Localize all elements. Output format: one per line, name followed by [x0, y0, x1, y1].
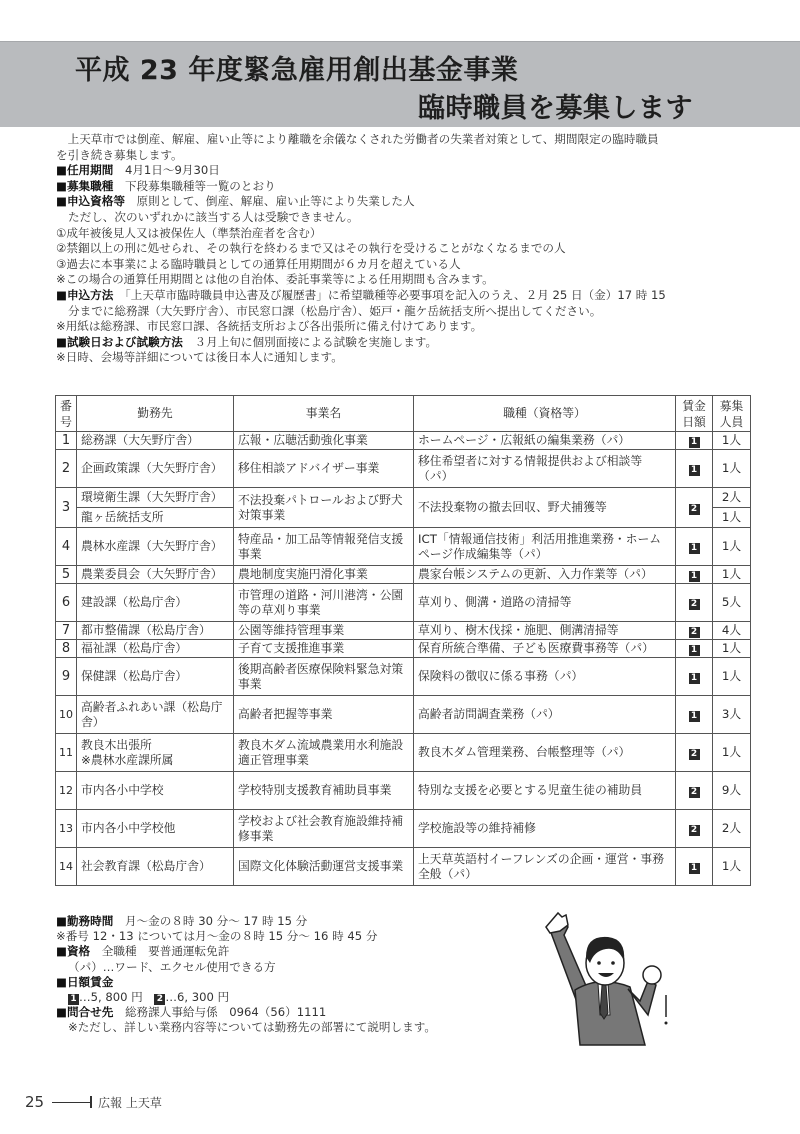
row-count: 1人	[713, 566, 751, 584]
wage-tier2-value: …6, 300 円	[165, 990, 229, 1004]
row-project: 農地制度実施円滑化事業	[234, 566, 414, 584]
row-project: 移住相談アドバイザー事業	[234, 450, 414, 488]
row-wage: 2	[676, 488, 713, 528]
row-count: 1人	[713, 640, 751, 658]
eligibility-note: ただし、次のいずれかに該当する人は受験できません。	[56, 210, 756, 226]
row-wage: 2	[676, 734, 713, 772]
page-title-line2: 臨時職員を募集します	[418, 86, 693, 125]
qualification-value: 全職種 要普通運転免許	[102, 944, 230, 958]
header-project: 事業名	[234, 396, 414, 432]
wage-tier-badge: 2	[689, 627, 700, 638]
contact-value: 総務課人事給与係 0964（56）1111	[125, 1005, 326, 1019]
qualification-note: （パ）…ワード、エクセル使用できる方	[56, 960, 516, 975]
job-types-row: ■募集職種 下段募集職種等一覧のとおり	[56, 179, 756, 195]
row-wage: 1	[676, 848, 713, 886]
page-number: 25	[25, 1093, 44, 1111]
row-wage: 2	[676, 772, 713, 810]
exam-note: ※日時、会場等詳細については後日本人に通知します。	[56, 350, 756, 366]
row-project: 子育て支援推進事業	[234, 640, 414, 658]
header-job: 職種（資格等）	[414, 396, 676, 432]
wage-tiers: 1…5, 800 円 2…6, 300 円	[56, 990, 516, 1005]
row-workplace: 企画政策課（大矢野庁舎）	[77, 450, 234, 488]
row-wage: 1	[676, 528, 713, 566]
wage-tier-badge: 2	[689, 599, 700, 610]
row-job: 高齢者訪問調査業務（パ）	[414, 696, 676, 734]
table-row: 14 社会教育課（松島庁舎） 国際文化体験活動運営支援事業 上天草英語村イーフレ…	[56, 848, 751, 886]
term-value: 4月1日～9月30日	[125, 163, 220, 177]
wage-tier-badge: 1	[689, 673, 700, 684]
contact-label: ■問合せ先	[56, 1005, 113, 1019]
row-num: 4	[56, 528, 77, 566]
row-num: 3	[56, 488, 77, 528]
row-project: 国際文化体験活動運営支援事業	[234, 848, 414, 886]
row-num: 10	[56, 696, 77, 734]
wage-tier-badge: 1	[689, 645, 700, 656]
row-wage: 2	[676, 810, 713, 848]
table-row: 7 都市整備課（松島庁舎） 公園等維持管理事業 草刈り、樹木伐採・施肥、側溝清掃…	[56, 622, 751, 640]
row-wage: 2	[676, 584, 713, 622]
table-row: 1 総務課（大矢野庁舎） 広報・広聴活動強化事業 ホームページ・広報紙の編集業務…	[56, 432, 751, 450]
row-count: 1人	[713, 450, 751, 488]
exam-value: ３月上旬に個別面接による試験を実施します。	[195, 335, 438, 349]
title-banner: 平成 23 年度緊急雇用創出基金事業 臨時職員を募集します	[0, 41, 800, 127]
exam-row: ■試験日および試験方法 ３月上旬に個別面接による試験を実施します。	[56, 335, 756, 351]
row-num: 1	[56, 432, 77, 450]
wage-tier-badge: 1	[689, 863, 700, 874]
row-workplace: 都市整備課（松島庁舎）	[77, 622, 234, 640]
table-row: 9 保健課（松島庁舎） 後期高齢者医療保険料緊急対策事業 保険料の徴収に係る事務…	[56, 658, 751, 696]
wage-tier-badge: 1	[689, 571, 700, 582]
hours-value: 月～金の８時 30 分～ 17 時 15 分	[125, 914, 307, 928]
row-num: 11	[56, 734, 77, 772]
row-project: 学校特別支援教育補助員事業	[234, 772, 414, 810]
intro-line1: 上天草市では倒産、解雇、雇い止等により離職を余儀なくされた労働者の失業者対策とし…	[56, 132, 756, 148]
row-count: 1人	[713, 848, 751, 886]
row-job: 教良木ダム管理業務、台帳整理等（パ）	[414, 734, 676, 772]
table-row: 6 建設課（松島庁舎） 市管理の道路・河川港湾・公園等の草刈り事業 草刈り、側溝…	[56, 584, 751, 622]
row-job: 特別な支援を必要とする児童生徒の補助員	[414, 772, 676, 810]
row-wage: 1	[676, 696, 713, 734]
row-wage: 1	[676, 640, 713, 658]
footer-tick	[90, 1096, 92, 1108]
row-num: 7	[56, 622, 77, 640]
row-num: 9	[56, 658, 77, 696]
table-row: 3 環境衛生課（大矢野庁舎） 不法投棄パトロールおよび野犬対策事業 不法投棄物の…	[56, 488, 751, 508]
intro-line2: を引き続き募集します。	[56, 148, 756, 164]
row-workplace: 高齢者ふれあい課（松島庁舎）	[77, 696, 234, 734]
row-count: 2人	[713, 810, 751, 848]
contact-note: ※ただし、詳しい業務内容等については勤務先の部署にて説明します。	[56, 1020, 516, 1035]
row-job: 学校施設等の維持補修	[414, 810, 676, 848]
row-job: 不法投棄物の撤去回収、野犬捕獲等	[414, 488, 676, 528]
table-row: 4 農林水産課（大矢野庁舎） 特産品・加工品等情報発信支援事業 ICT「情報通信…	[56, 528, 751, 566]
row-workplace: 社会教育課（松島庁舎）	[77, 848, 234, 886]
row-job: 移住希望者に対する情報提供および相談等（パ）	[414, 450, 676, 488]
row-project: 学校および社会教育施設維持補修事業	[234, 810, 414, 848]
eligibility-item-2: ②禁錮以上の刑に処せられ、その執行を終わるまで又はその執行を受けることがなくなる…	[56, 241, 756, 257]
eligibility-label: ■申込資格等	[56, 194, 125, 208]
row-job: 草刈り、樹木伐採・施肥、側溝清掃等	[414, 622, 676, 640]
row-workplace: 農業委員会（大矢野庁舎）	[77, 566, 234, 584]
row-job: 上天草英語村イーフレンズの企画・運営・事務全般（パ）	[414, 848, 676, 886]
wage-tier-badge: 1	[689, 711, 700, 722]
row-project: 高齢者把握等事業	[234, 696, 414, 734]
row-count: 1人	[713, 432, 751, 450]
row-count: 2人	[713, 488, 751, 508]
footer-rule	[52, 1102, 90, 1103]
hours-row: ■勤務時間 月～金の８時 30 分～ 17 時 15 分	[56, 914, 516, 929]
row-workplace: 建設課（松島庁舎）	[77, 584, 234, 622]
row-num: 5	[56, 566, 77, 584]
term-label: ■任用期間	[56, 163, 113, 177]
row-wage: 1	[676, 566, 713, 584]
row-workplace: 福祉課（松島庁舎）	[77, 640, 234, 658]
application-label: ■申込方法	[56, 288, 113, 302]
header-num: 番号	[56, 396, 77, 432]
row-workplace: 環境衛生課（大矢野庁舎）	[77, 488, 234, 508]
row-workplace: 教良木出張所 ※農林水産課所属	[77, 734, 234, 772]
row-project: 特産品・加工品等情報発信支援事業	[234, 528, 414, 566]
exam-label: ■試験日および試験方法	[56, 335, 183, 349]
table-row: 5 農業委員会（大矢野庁舎） 農地制度実施円滑化事業 農家台帳システムの更新、入…	[56, 566, 751, 584]
row-num: 13	[56, 810, 77, 848]
row-project: 不法投棄パトロールおよび野犬対策事業	[234, 488, 414, 528]
wage-label: ■日額賃金	[56, 975, 113, 989]
row-count: 4人	[713, 622, 751, 640]
eligibility-value: 原則として、倒産、解雇、雇い止等により失業した人	[137, 194, 415, 208]
row-project: 公園等維持管理事業	[234, 622, 414, 640]
qualification-row: ■資格 全職種 要普通運転免許	[56, 944, 516, 959]
eligibility-item-4: ※この場合の通算任用期間とは他の自治体、委託事業等による任用期間も含みます。	[56, 272, 756, 288]
announcement-body: 上天草市では倒産、解雇、雇い止等により離職を余儀なくされた労働者の失業者対策とし…	[56, 132, 756, 366]
table-header-row: 番号 勤務先 事業名 職種（資格等） 賃金日額 募集人員	[56, 396, 751, 432]
table-row: 13 市内各小中学校他 学校および社会教育施設維持補修事業 学校施設等の維持補修…	[56, 810, 751, 848]
wage-tier-badge: 2	[689, 504, 700, 515]
wage-tier-badge: 2	[689, 787, 700, 798]
row-workplace: 保健課（松島庁舎）	[77, 658, 234, 696]
row-workplace: 市内各小中学校他	[77, 810, 234, 848]
row-job: ICT「情報通信技術」利活用推進業務・ホームページ作成編集等（パ）	[414, 528, 676, 566]
row-project: 教良木ダム流域農業用水利施設適正管理事業	[234, 734, 414, 772]
row-wage: 1	[676, 658, 713, 696]
row-count: 3人	[713, 696, 751, 734]
page-footer: 25 広報 上天草	[25, 1093, 162, 1111]
wage-tier-badge: 2	[689, 749, 700, 760]
row-wage: 2	[676, 622, 713, 640]
row-count: 5人	[713, 584, 751, 622]
contact-row: ■問合せ先 総務課人事給与係 0964（56）1111	[56, 1005, 516, 1020]
wage-tier-badge: 1	[689, 543, 700, 554]
row-num: 14	[56, 848, 77, 886]
wage-tier-badge: 2	[689, 825, 700, 836]
row-num: 8	[56, 640, 77, 658]
wage-tier2-badge: 2	[154, 994, 165, 1005]
row-num: 6	[56, 584, 77, 622]
header-wage: 賃金日額	[676, 396, 713, 432]
businessman-illustration-icon	[520, 905, 670, 1055]
row-count: 1人	[713, 734, 751, 772]
wage-tier1-badge: 1	[68, 994, 79, 1005]
row-workplace: 総務課（大矢野庁舎）	[77, 432, 234, 450]
row-num: 12	[56, 772, 77, 810]
table-row: 10 高齢者ふれあい課（松島庁舎） 高齢者把握等事業 高齢者訪問調査業務（パ） …	[56, 696, 751, 734]
row-job: ホームページ・広報紙の編集業務（パ）	[414, 432, 676, 450]
employment-details: ■勤務時間 月～金の８時 30 分～ 17 時 15 分 ※番号 12・13 に…	[56, 914, 516, 1036]
header-workplace: 勤務先	[77, 396, 234, 432]
table-row: 12 市内各小中学校 学校特別支援教育補助員事業 特別な支援を必要とする児童生徒…	[56, 772, 751, 810]
row-workplace-note: ※農林水産課所属	[81, 753, 229, 768]
row-num: 2	[56, 450, 77, 488]
qualification-label: ■資格	[56, 944, 90, 958]
application-value-1: 「上天草市臨時職員申込書及び履歴書」に希望職種等必要事項を記入のうえ、２月 25…	[125, 288, 666, 302]
application-value-2: 分までに総務課（大矢野庁舎）、市民窓口課（松島庁舎）、姫戸・龍ケ岳統括支所へ提出…	[56, 304, 756, 320]
term-row: ■任用期間 4月1日～9月30日	[56, 163, 756, 179]
publication-name: 広報 上天草	[98, 1094, 162, 1111]
header-count: 募集人員	[713, 396, 751, 432]
row-project: 市管理の道路・河川港湾・公園等の草刈り事業	[234, 584, 414, 622]
row-wage: 1	[676, 432, 713, 450]
job-types-label: ■募集職種	[56, 179, 113, 193]
eligibility-item-1: ①成年被後見人又は被保佐人（準禁治産者を含む）	[56, 226, 756, 242]
hours-label: ■勤務時間	[56, 914, 113, 928]
wage-tier1-value: …5, 800 円	[79, 990, 143, 1004]
row-count: 1人	[713, 658, 751, 696]
row-workplace: 農林水産課（大矢野庁舎）	[77, 528, 234, 566]
table-row: 11 教良木出張所 ※農林水産課所属 教良木ダム流域農業用水利施設適正管理事業 …	[56, 734, 751, 772]
eligibility-row: ■申込資格等 原則として、倒産、解雇、雇い止等により失業した人	[56, 194, 756, 210]
row-count: 9人	[713, 772, 751, 810]
wage-tier-badge: 1	[689, 465, 700, 476]
row-count: 1人	[713, 528, 751, 566]
table-row: 8 福祉課（松島庁舎） 子育て支援推進事業 保育所統合準備、子ども医療費事務等（…	[56, 640, 751, 658]
row-project: 後期高齢者医療保険料緊急対策事業	[234, 658, 414, 696]
job-listing-table: 番号 勤務先 事業名 職種（資格等） 賃金日額 募集人員 1 総務課（大矢野庁舎…	[55, 395, 751, 886]
wage-row: ■日額賃金	[56, 975, 516, 990]
page-title-line1: 平成 23 年度緊急雇用創出基金事業	[75, 48, 518, 87]
eligibility-item-3: ③過去に本事業による臨時職員としての通算任用期間が６カ月を超えている人	[56, 257, 756, 273]
row-project: 広報・広聴活動強化事業	[234, 432, 414, 450]
row-workplace-main: 教良木出張所	[81, 738, 229, 753]
application-note: ※用紙は総務課、市民窓口課、各統括支所および各出張所に備え付けてあります。	[56, 319, 756, 335]
row-workplace: 市内各小中学校	[77, 772, 234, 810]
hours-note: ※番号 12・13 については月～金の８時 15 分～ 16 時 45 分	[56, 929, 516, 944]
row-job: 農家台帳システムの更新、入力作業等（パ）	[414, 566, 676, 584]
row-count-secondary: 1人	[713, 508, 751, 528]
wage-tier-badge: 1	[689, 437, 700, 448]
row-wage: 1	[676, 450, 713, 488]
row-workplace-secondary: 龍ヶ岳統括支所	[77, 508, 234, 528]
row-job: 草刈り、側溝・道路の清掃等	[414, 584, 676, 622]
table-row: 2 企画政策課（大矢野庁舎） 移住相談アドバイザー事業 移住希望者に対する情報提…	[56, 450, 751, 488]
row-job: 保育所統合準備、子ども医療費事務等（パ）	[414, 640, 676, 658]
row-job: 保険料の徴収に係る事務（パ）	[414, 658, 676, 696]
application-row: ■申込方法 「上天草市臨時職員申込書及び履歴書」に希望職種等必要事項を記入のうえ…	[56, 288, 756, 304]
job-types-value: 下段募集職種等一覧のとおり	[125, 179, 276, 193]
